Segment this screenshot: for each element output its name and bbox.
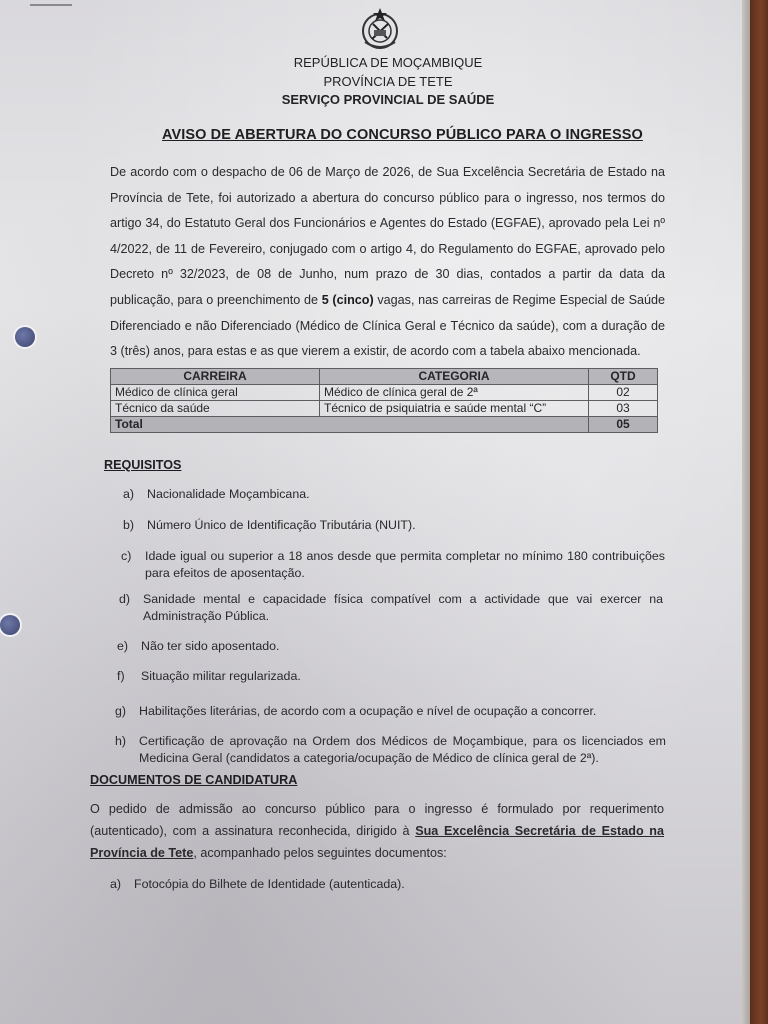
total-label: Total [111, 417, 589, 433]
header-carreira: CARREIRA [111, 369, 320, 385]
item-text: Não ter sido aposentado. [141, 638, 661, 655]
item-text: Certificação de aprovação na Ordem dos M… [139, 733, 666, 767]
item-text: Fotocópia do Bilhete de Identidade (aute… [134, 876, 654, 893]
item-letter: b) [123, 517, 134, 534]
cell-qtd: 03 [589, 401, 658, 417]
vacancy-count: 5 (cinco) [322, 293, 374, 307]
header-province: PROVÍNCIA DE TETE [200, 74, 576, 89]
document-page: REPÚBLICA DE MOÇAMBIQUE PROVÍNCIA DE TET… [0, 0, 742, 1024]
total-value: 05 [589, 417, 658, 433]
paper-edge [742, 0, 750, 1024]
documentos-paragraph: O pedido de admissão ao concurso público… [90, 798, 664, 864]
documentos-text-cont: , acompanhado pelos seguintes documentos… [193, 846, 446, 860]
item-letter: h) [115, 733, 126, 750]
item-letter: e) [117, 638, 128, 655]
item-letter: a) [123, 486, 134, 503]
page-mark [30, 4, 72, 6]
item-letter: f) [117, 668, 125, 685]
header-qtd: QTD [589, 369, 658, 385]
item-letter: d) [119, 591, 130, 608]
header-service: SERVIÇO PROVINCIAL DE SAÚDE [200, 92, 576, 107]
notice-title: AVISO DE ABERTURA DO CONCURSO PÚBLICO PA… [162, 127, 643, 143]
item-letter: c) [121, 548, 131, 565]
cell-carreira: Médico de clínica geral [111, 385, 320, 401]
punch-hole [15, 327, 35, 347]
cell-qtd: 02 [589, 385, 658, 401]
item-text: Idade igual ou superior a 18 anos desde … [145, 548, 665, 582]
cell-carreira: Técnico da saúde [111, 401, 320, 417]
item-text: Nacionalidade Moçambicana. [147, 486, 667, 503]
table-row: Técnico da saúde Técnico de psiquiatria … [111, 401, 658, 417]
vacancies-table: CARREIRA CATEGORIA QTD Médico de clínica… [110, 368, 658, 433]
header-categoria: CATEGORIA [320, 369, 589, 385]
cell-categoria: Médico de clínica geral de 2ª [320, 385, 589, 401]
item-text: Habilitações literárias, de acordo com a… [139, 703, 664, 720]
intro-text: De acordo com o despacho de 06 de Março … [110, 165, 665, 307]
table-header-row: CARREIRA CATEGORIA QTD [111, 369, 658, 385]
punch-hole [0, 615, 20, 635]
binder-border [750, 0, 768, 1024]
item-text: Situação militar regularizada. [141, 668, 661, 685]
item-letter: a) [110, 876, 121, 893]
cell-categoria: Técnico de psiquiatria e saúde mental “C… [320, 401, 589, 417]
documentos-heading: DOCUMENTOS DE CANDIDATURA [90, 773, 297, 787]
mozambique-coat-of-arms-icon [357, 6, 403, 52]
item-letter: g) [115, 703, 126, 720]
intro-paragraph: De acordo com o despacho de 06 de Março … [110, 160, 665, 365]
table-row: Médico de clínica geral Médico de clínic… [111, 385, 658, 401]
item-text: Número Único de Identificação Tributária… [147, 517, 667, 534]
table-total-row: Total 05 [111, 417, 658, 433]
requisitos-heading: REQUISITOS [104, 458, 181, 472]
item-text: Sanidade mental e capacidade física comp… [143, 591, 663, 625]
header-country: REPÚBLICA DE MOÇAMBIQUE [200, 55, 576, 70]
